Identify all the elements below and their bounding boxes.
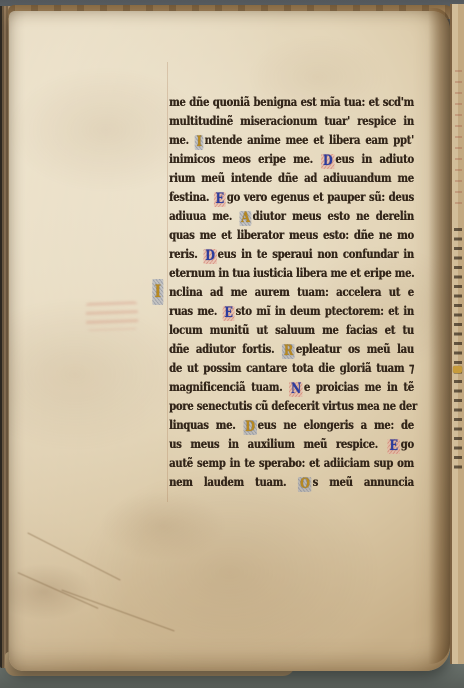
text-segment: multitudinẽ miseracionum tuar' respice i… <box>169 113 414 128</box>
manuscript-line: dñe adiutor fortis. Repleatur os meũ lau <box>169 339 414 358</box>
text-segment: me dñe quoniã benigna est mĩa tua: et sc… <box>169 94 414 109</box>
manuscript-line: locum munitũ ut saluum me facias et tu <box>169 320 414 339</box>
manuscript-line: inimicos meos eripe me. Deus in adiuto <box>169 149 414 168</box>
text-segment: locum munitũ ut saluum me facias et tu <box>169 322 414 337</box>
text-segment: eus ne elongeris a me: de <box>258 417 414 432</box>
manuscript-line: adiuua me. Adiutor meus esto ne derelin <box>169 206 414 225</box>
manuscript-line: pore senectutis cũ defecerit virtus mea … <box>169 396 414 415</box>
manuscript-line: magnificenciã tuam. Ne proicias me in tẽ <box>169 377 414 396</box>
text-segment: epleatur os meũ lau <box>296 341 414 356</box>
text-segment: de ut possim cantare tota die gloriã tua… <box>169 360 414 375</box>
text-segment: rium meũ intende dñe ad adiuuandum me <box>169 170 414 185</box>
illuminated-initial-O: O <box>298 477 312 492</box>
manuscript-line: Inclina ad me aurem tuam: accelera ut e <box>169 282 414 301</box>
manuscript-line: de ut possim cantare tota die gloriã tua… <box>169 358 414 377</box>
illuminated-initial-D: D <box>203 249 216 264</box>
text-segment: s meũ annuncia <box>313 474 414 489</box>
text-segment: reris. <box>169 246 202 261</box>
illuminated-initial-E: E <box>388 439 400 454</box>
text-segment: me. <box>169 132 194 147</box>
text-segment: eternum in tua iusticia libera me et eri… <box>169 265 414 280</box>
show-through-marks <box>86 301 139 331</box>
illuminated-initial-N: N <box>289 382 303 397</box>
text-segment: linquas me. <box>169 417 242 432</box>
text-segment: eus in te speraui non confundar in <box>217 246 413 261</box>
manuscript-line: reris. Deus in te speraui non confundar … <box>169 244 414 263</box>
text-segment: go <box>401 436 414 451</box>
manuscript-line: me. Intende anime mee et libera eam ppt' <box>169 130 414 149</box>
text-segment: eus in adiuto <box>335 151 414 166</box>
text-segment: sto mĩ in deum ptectorem: et in <box>235 303 413 318</box>
text-segment: adiuua me. <box>169 208 238 223</box>
text-segment: festina. <box>169 189 213 204</box>
manuscript-line: ruas me. Esto mĩ in deum ptectorem: et i… <box>169 301 414 320</box>
illuminated-initial-I: I <box>195 135 204 150</box>
manuscript-line: autẽ semp in te sperabo: et adiiciam sup… <box>169 453 414 472</box>
text-segment: us meus in auxilium meũ respice. <box>169 436 387 451</box>
manuscript-line: me dñe quoniã benigna est mĩa tua: et sc… <box>169 92 414 111</box>
manuscript-line: us meus in auxilium meũ respice. Ego <box>169 434 414 453</box>
illuminated-initial-R: R <box>282 344 295 359</box>
text-segment: autẽ semp in te sperabo: et adiiciam sup… <box>169 455 414 470</box>
text-segment: inimicos meos eripe me. <box>169 151 320 166</box>
manuscript-line: eternum in tua iusticia libera me et eri… <box>169 263 414 282</box>
text-segment: pore senectutis cũ defecerit virtus mea … <box>169 398 417 413</box>
facing-page-gold-initial-fleck <box>453 366 462 373</box>
text-segment: go vero egenus et pauper sũ: deus <box>227 189 414 204</box>
text-block: me dñe quoniã benigna est mĩa tua: et sc… <box>169 92 414 491</box>
manuscript-line: festina. Ego vero egenus et pauper sũ: d… <box>169 187 414 206</box>
illuminated-initial-I: I <box>152 279 163 305</box>
manuscript-line: quas me et liberator meus esto: dñe ne m… <box>169 225 414 244</box>
text-segment: quas me et liberator meus esto: dñe ne m… <box>169 227 414 242</box>
text-segment: magnificenciã tuam. <box>169 379 288 394</box>
illuminated-initial-E: E <box>214 192 226 207</box>
manuscript-line: rium meũ intende dñe ad adiuuandum me <box>169 168 414 187</box>
ruling-line-left <box>167 62 168 502</box>
text-segment: ntende anime mee et libera eam ppt' <box>204 132 413 147</box>
text-segment: diutor meus esto ne derelin <box>252 208 413 223</box>
text-segment: e proicias me in tẽ <box>304 379 414 394</box>
illuminated-initial-A: A <box>239 211 251 226</box>
text-segment: nem laudem tuam. <box>169 474 297 489</box>
illuminated-initial-D: D <box>243 420 256 435</box>
manuscript-line: multitudinẽ miseracionum tuar' respice i… <box>169 111 414 130</box>
facing-page-text-fragments <box>454 228 462 472</box>
text-segment: nclina ad me aurem tuam: accelera ut e <box>169 284 414 299</box>
illuminated-initial-E: E <box>222 306 234 321</box>
illuminated-initial-D: D <box>321 154 334 169</box>
manuscript-line: linquas me. Deus ne elongeris a me: de <box>169 415 414 434</box>
manuscript-line: nem laudem tuam. Os meũ annuncia <box>169 472 414 491</box>
facing-page-text-fragments-faint <box>455 70 462 210</box>
text-segment: dñe adiutor fortis. <box>169 341 281 356</box>
manuscript-photo: me dñe quoniã benigna est mĩa tua: et sc… <box>0 0 464 688</box>
text-segment: ruas me. <box>169 303 222 318</box>
